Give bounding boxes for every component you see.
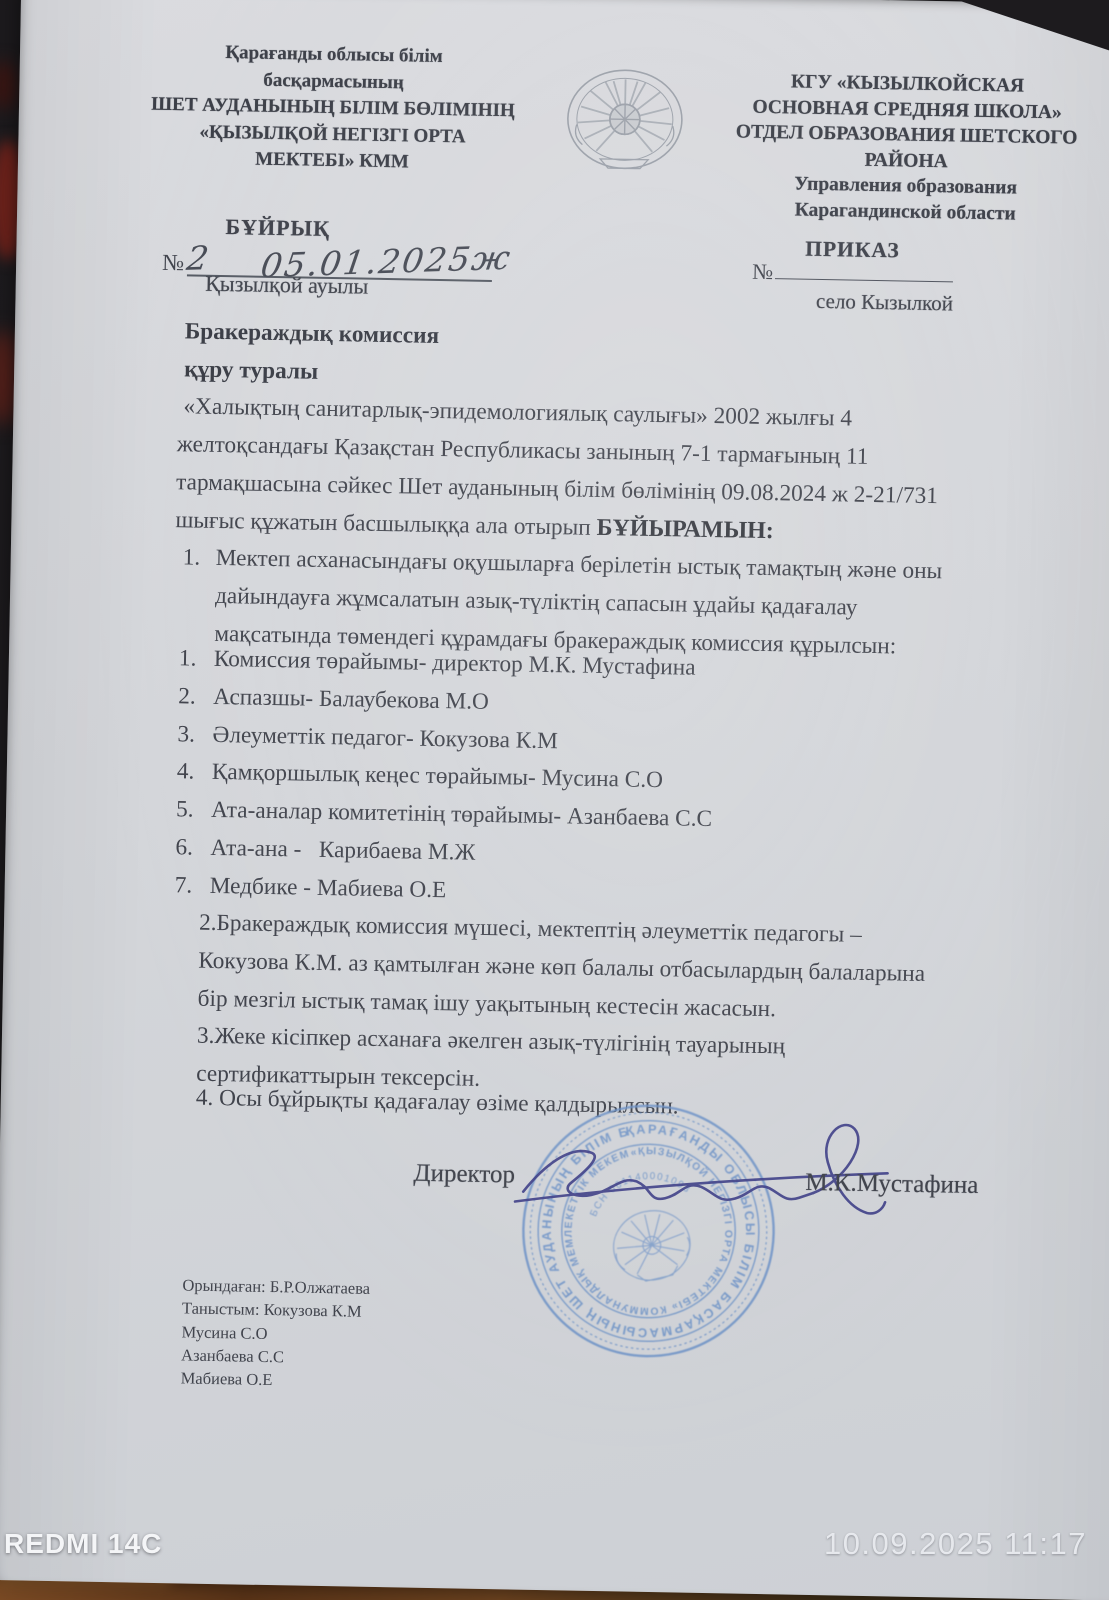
order-place-kk: Қызылқой ауылы [182, 270, 392, 300]
footer-line: Мусина С.О [181, 1320, 369, 1347]
number-underline [775, 258, 953, 282]
footer-line: Таныстым: Кокузова К.М [182, 1297, 370, 1324]
list-number: 6. [175, 829, 211, 867]
order-word: БҰЙЫРАМЫН: [596, 514, 774, 543]
list-number: 3. [177, 716, 213, 754]
list-number: 1. [182, 540, 200, 578]
footer-line: Азанбаева С.С [181, 1343, 369, 1370]
commission-member: Әлеуметтік педагог- Кокузова К.М [212, 722, 558, 754]
execution-footer: Орындаған: Б.Р.Олжатаева Таныстым: Кокуз… [181, 1273, 371, 1393]
background-dark-object [0, 60, 16, 110]
list-number: 7. [174, 867, 210, 905]
camera-device-watermark: REDMI 14C [4, 1528, 162, 1560]
commission-member: Ата-аналар комитетінің төрайымы- Азанбае… [211, 797, 712, 832]
signature-role-label: Директор [413, 1160, 515, 1190]
commission-member: Қамқоршылық кеңес төрайымы- Мусина С.О [212, 759, 664, 793]
order-number-row-ru: № [752, 258, 1012, 290]
order-body: Бракераждық комиссия құру туралы «Халықт… [159, 313, 1074, 1133]
number-sign-label: № [162, 250, 184, 275]
number-sign-label: № [752, 259, 773, 284]
list-number: 4. [176, 754, 212, 792]
footer-line: Орындаған: Б.Р.Олжатаева [182, 1273, 370, 1300]
letterhead-left: Қарағанды облысы білім басқармасының ШЕТ… [134, 38, 532, 178]
commission-member: Ата-ана - Карибаева М.Ж [210, 835, 475, 866]
camera-datetime-watermark: 10.09.2025 11:17 [824, 1526, 1087, 1562]
kazakhstan-coat-of-arms-icon [562, 66, 688, 178]
commission-member: Аспазшы- Балаубекова М.О [213, 684, 489, 715]
letterhead-right: КГУ «КЫЗЫЛКОЙСКАЯ ОСНОВНАЯ СРЕДНЯЯ ШКОЛА… [713, 68, 1100, 228]
footer-line: Мабиева О.Е [181, 1367, 369, 1394]
commission-member: Медбике - Мабиева О.Е [210, 872, 447, 902]
order-place-ru: село Кызылкой [759, 288, 1009, 318]
list-number: 2. [178, 678, 214, 716]
signature-signer-name: М.К.Мустафина [805, 1169, 978, 1200]
list-number: 5. [176, 791, 212, 829]
order-item-1-line: Мектеп асханасындағы оқушыларға берілеті… [216, 545, 943, 584]
preamble-line-text: шығыс құжатын басшылыққа ала отырып [175, 507, 597, 541]
commission-list: 1.Комиссия төрайымы- директор М.К. Муста… [162, 640, 1067, 920]
document-paper: Қарағанды облысы білім басқармасының ШЕТ… [0, 0, 1109, 1600]
photo-frame: { "photo_overlay": { "device_watermark":… [0, 0, 1109, 1600]
